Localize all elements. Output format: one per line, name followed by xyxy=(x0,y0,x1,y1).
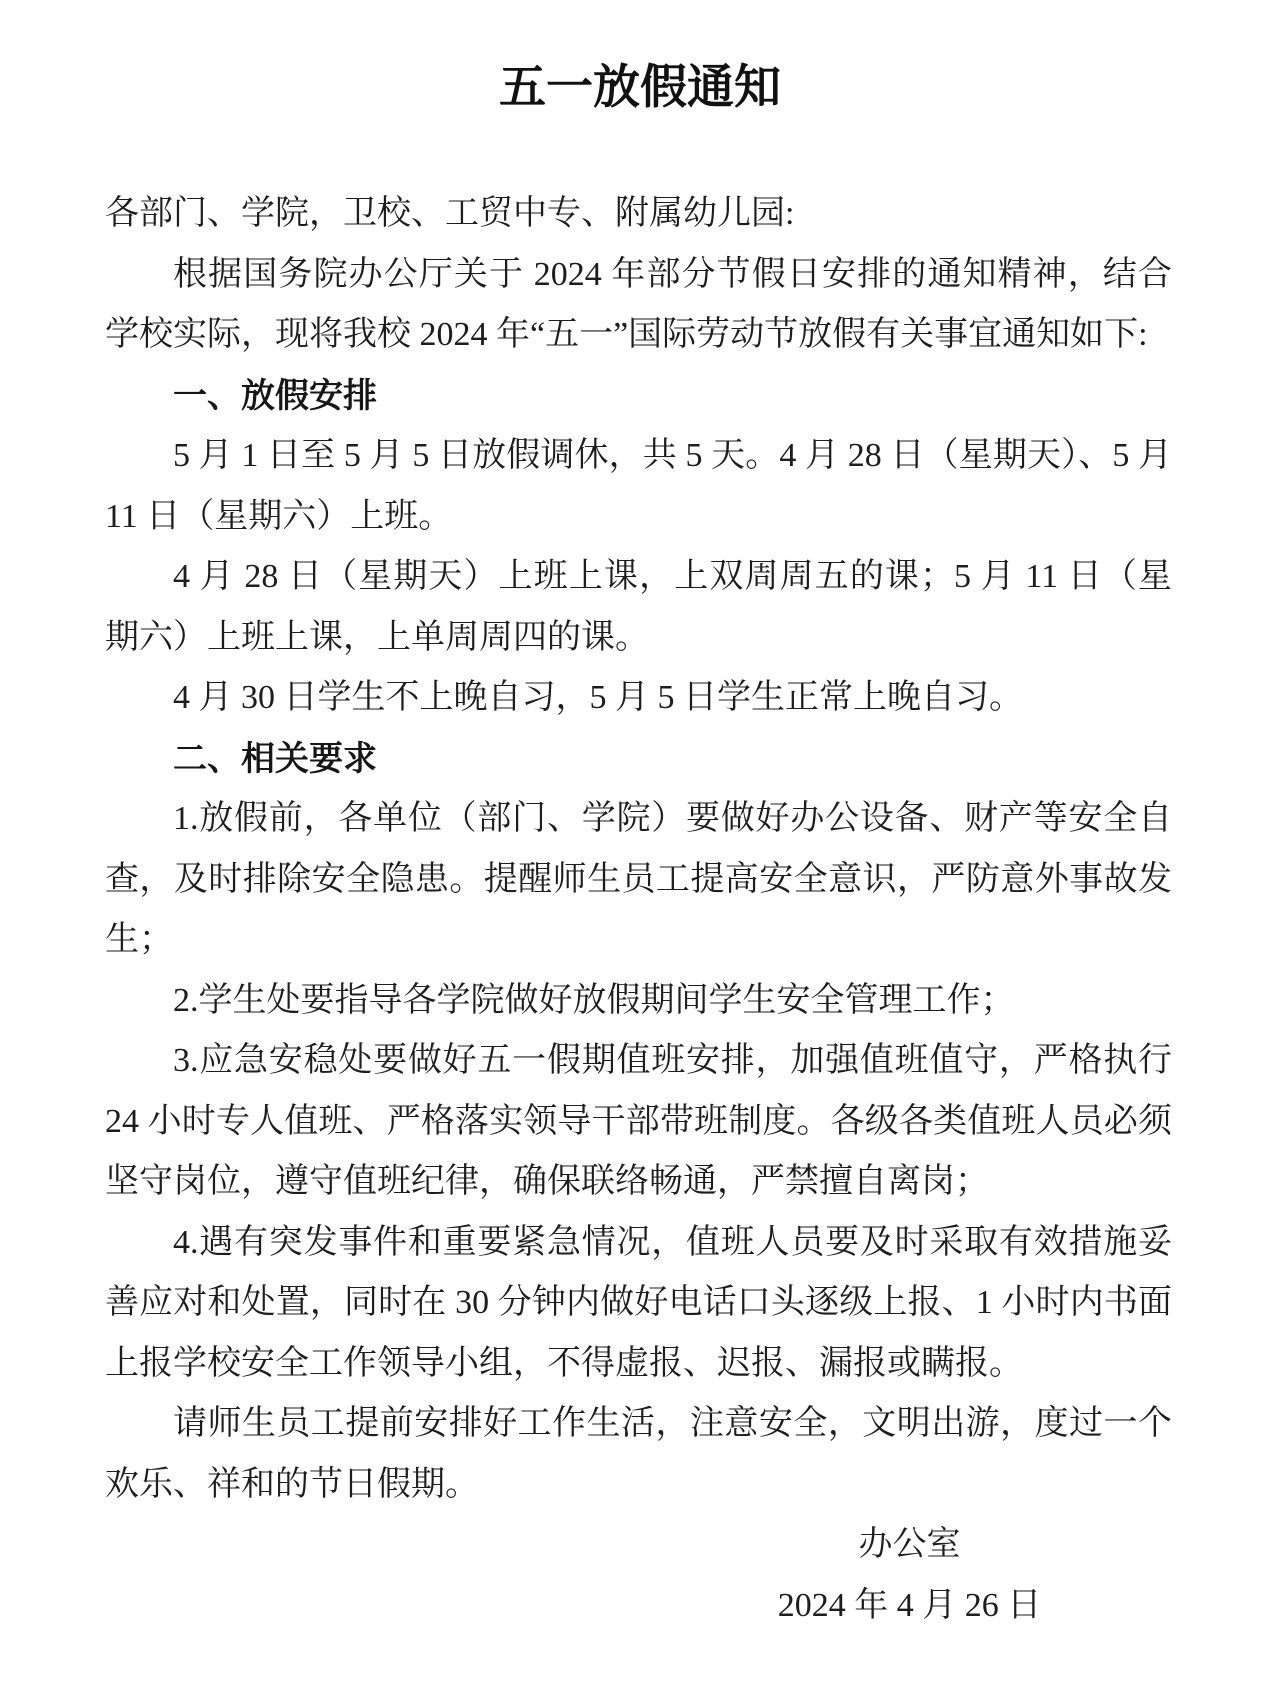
document-body: 各部门、学院，卫校、工贸中专、附属幼儿园: 根据国务院办公厅关于 2024 年部… xyxy=(0,184,1280,1636)
para-closing: 请师生员工提前安排好工作生活，注意安全，文明出游，度过一个欢乐、祥和的节日假期。 xyxy=(105,1394,1172,1515)
notice-title: 五一放假通知 xyxy=(0,0,1280,126)
signature-date: 2024 年 4 月 26 日 xyxy=(643,1576,1177,1637)
para-requirement-1: 1.放假前，各单位（部门、学院）要做好办公设备、财产等安全自查，及时排除安全隐患… xyxy=(105,789,1172,971)
intro-paragraph: 根据国务院办公厅关于 2024 年部分节假日安排的通知精神，结合学校实际，现将我… xyxy=(105,245,1172,366)
salutation-line: 各部门、学院，卫校、工贸中专、附属幼儿园: xyxy=(105,184,1172,245)
para-requirement-2: 2.学生处要指导各学院做好放假期间学生安全管理工作； xyxy=(105,971,1172,1032)
section-2-heading: 二、相关要求 xyxy=(105,729,1172,790)
signature-block: 办公室 2024 年 4 月 26 日 xyxy=(643,1515,1177,1636)
para-requirement-3: 3.应急安稳处要做好五一假期值班安排，加强值班值守，严格执行 24 小时专人值班… xyxy=(105,1031,1172,1213)
section-1-heading: 一、放假安排 xyxy=(105,366,1172,427)
para-holiday-schedule: 5 月 1 日至 5 月 5 日放假调休，共 5 天。4 月 28 日（星期天）… xyxy=(105,426,1172,547)
document-page: 五一放假通知 各部门、学院，卫校、工贸中专、附属幼儿园: 根据国务院办公厅关于 … xyxy=(0,0,1280,1686)
para-requirement-4: 4.遇有突发事件和重要紧急情况，值班人员要及时采取有效措施妥善应对和处置，同时在… xyxy=(105,1213,1172,1395)
para-makeup-classes: 4 月 28 日（星期天）上班上课，上双周周五的课；5 月 11 日（星期六）上… xyxy=(105,547,1172,668)
para-evening-study: 4 月 30 日学生不上晚自习，5 月 5 日学生正常上晚自习。 xyxy=(105,668,1172,729)
signature-office: 办公室 xyxy=(643,1515,1177,1576)
